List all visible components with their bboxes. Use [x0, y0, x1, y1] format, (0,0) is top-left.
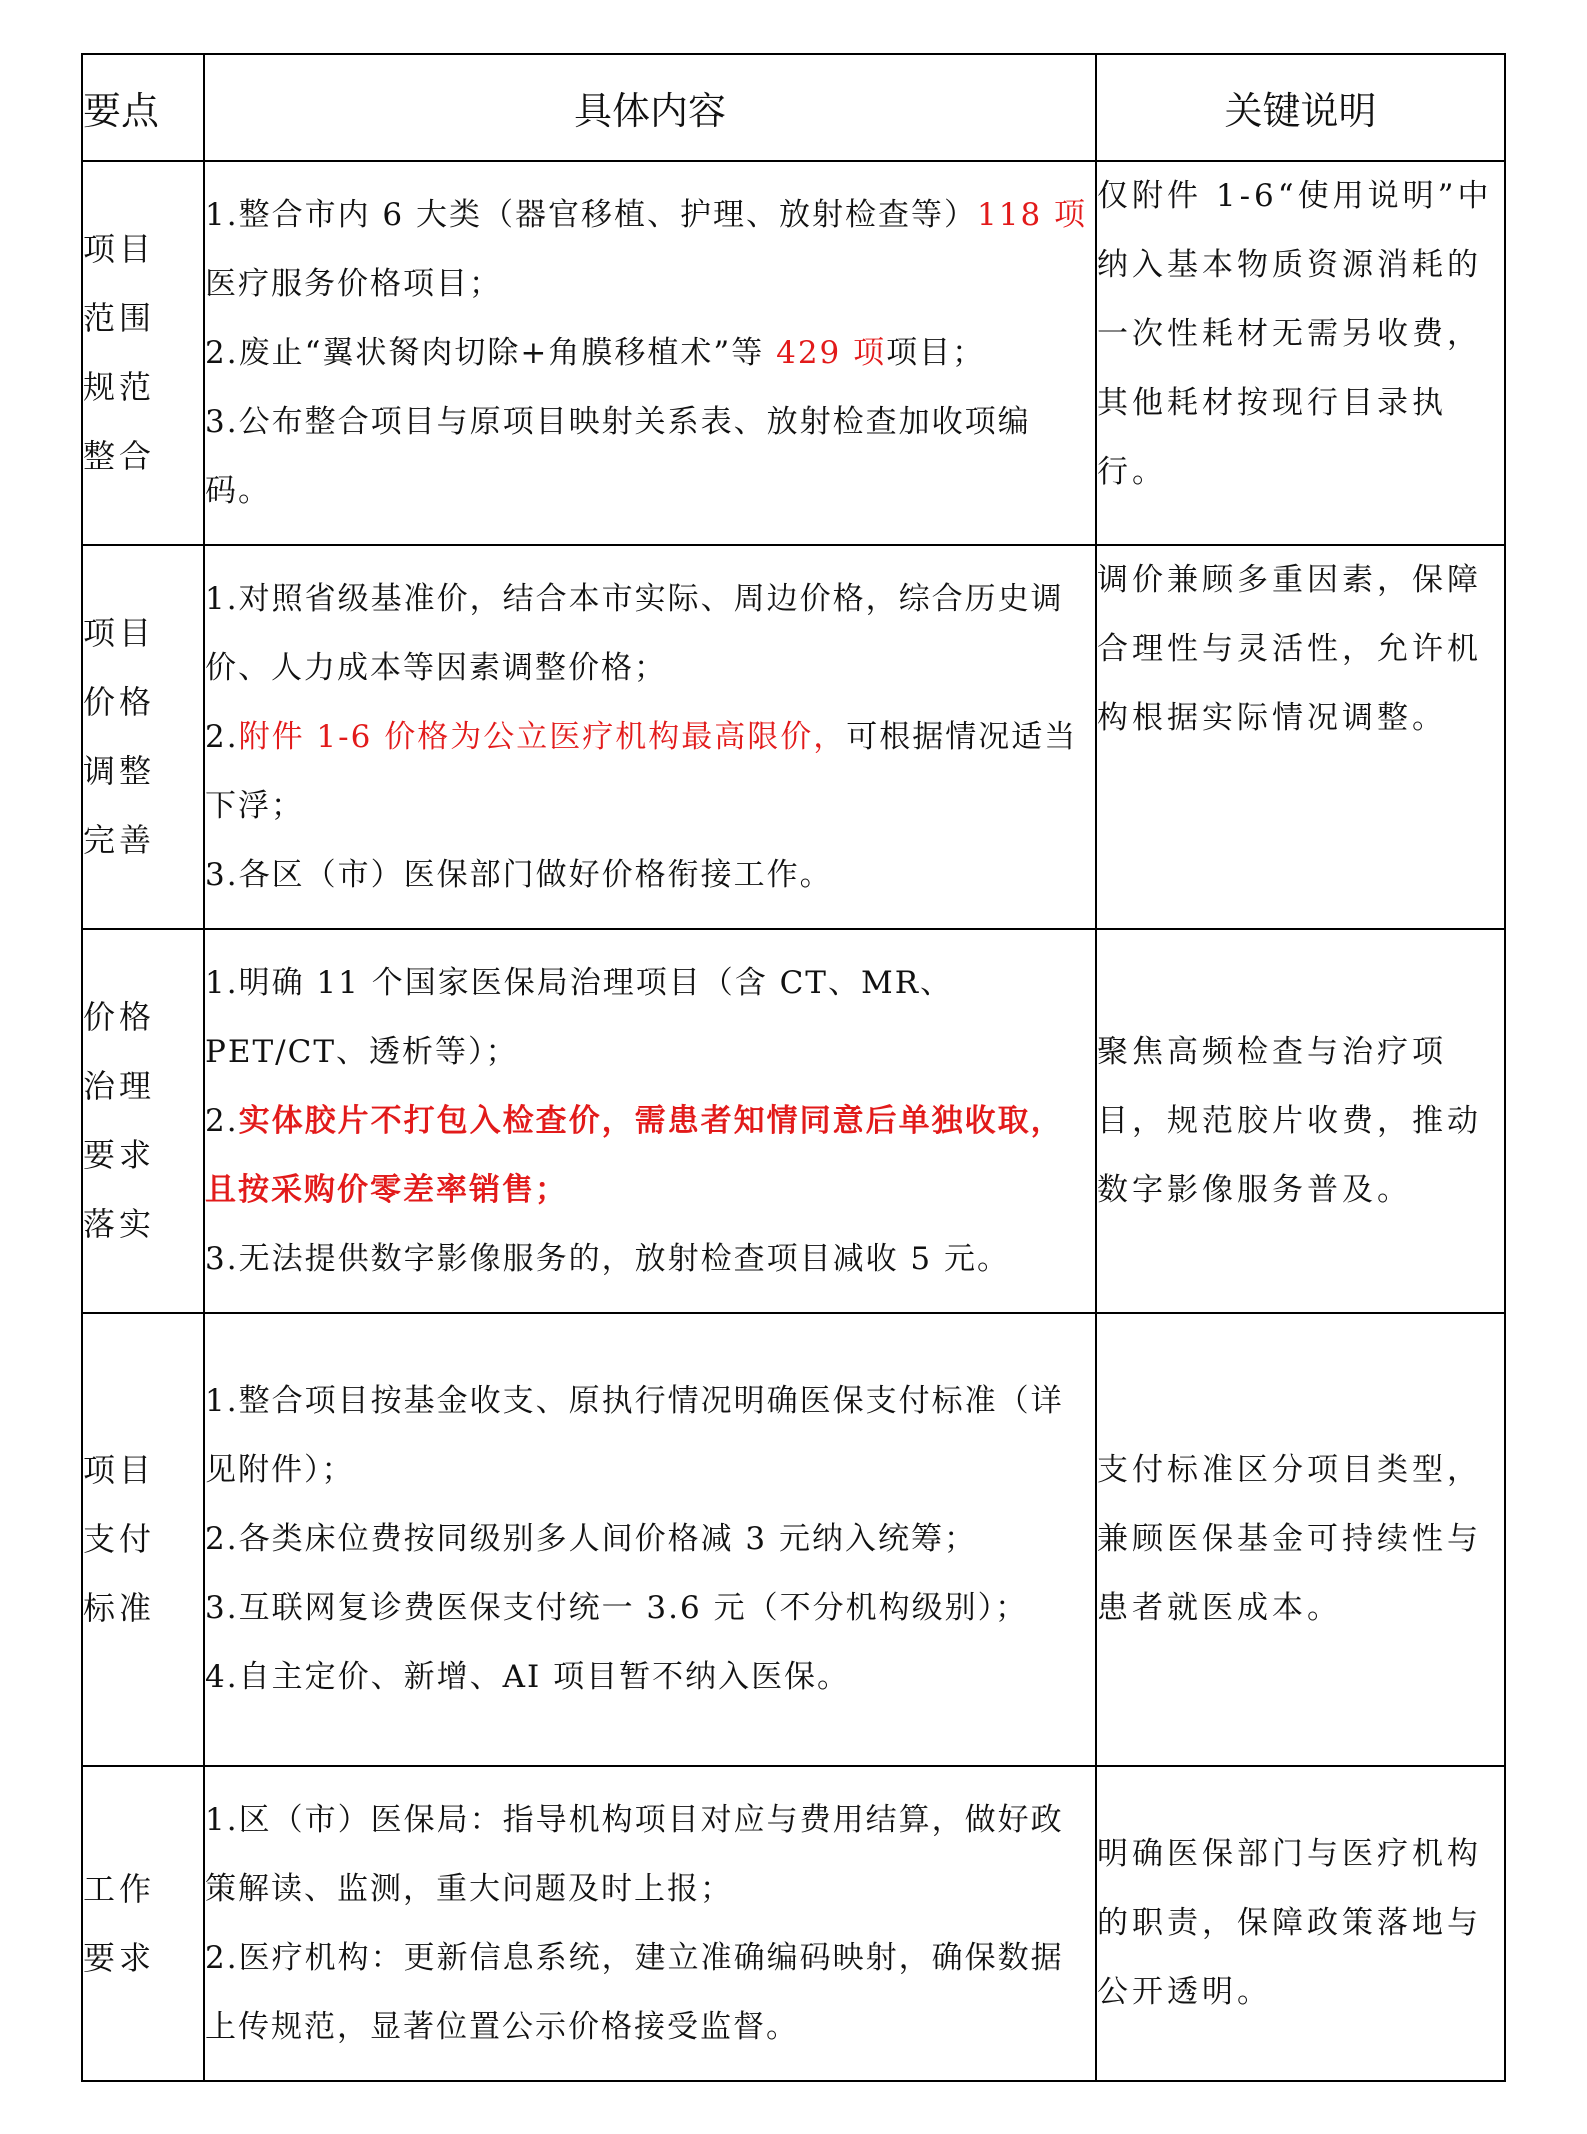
key-text: 项目	[83, 215, 203, 284]
header-notes: 关键说明	[1096, 54, 1505, 161]
key-text: 标准	[83, 1574, 203, 1643]
row-note: 支付标准区分项目类型，兼顾医保基金可持续性与患者就医成本。	[1096, 1313, 1505, 1766]
content-item: 3.各区（市）医保部门做好价格衔接工作。	[205, 841, 1095, 910]
highlight-text: 实体胶片不打包入检查价，需患者知情同意后单独收取，且按采购价零差率销售；	[205, 1103, 1064, 1208]
content-item: 1.明确 11 个国家医保局治理项目（含 CT、MR、PET/CT、透析等）；	[205, 949, 1095, 1087]
key-text: 调整	[83, 737, 203, 806]
key-text: 规范	[83, 353, 203, 422]
row-note: 仅附件 1-6“使用说明”中纳入基本物质资源消耗的一次性耗材无需另收费，其他耗材…	[1096, 161, 1505, 545]
content-item: 4.自主定价、新增、AI 项目暂不纳入医保。	[205, 1643, 1095, 1712]
row-content: 1.整合市内 6 大类（器官移植、护理、放射检查等）118 项医疗服务价格项目；…	[204, 161, 1096, 545]
highlight-text: 附件 1-6 价格为公立医疗机构最高限价，	[239, 719, 847, 755]
content-item: 2.废止“翼状胬肉切除+角膜移植术”等 429 项项目；	[205, 319, 1095, 388]
row-key: 工作 要求	[82, 1766, 204, 2081]
key-text: 完善	[83, 806, 203, 875]
key-text: 项目	[83, 599, 203, 668]
content-item: 1.整合市内 6 大类（器官移植、护理、放射检查等）118 项医疗服务价格项目；	[205, 181, 1095, 319]
row-note: 调价兼顾多重因素，保障合理性与灵活性，允许机构根据实际情况调整。	[1096, 545, 1505, 929]
key-text: 治理	[83, 1052, 203, 1121]
row-note: 聚焦高频检查与治疗项目，规范胶片收费，推动数字影像服务普及。	[1096, 929, 1505, 1313]
key-text: 要求	[83, 1121, 203, 1190]
key-text: 落实	[83, 1190, 203, 1259]
row-content: 1.对照省级基准价，结合本市实际、周边价格，综合历史调价、人力成本等因素调整价格…	[204, 545, 1096, 929]
header-key-points: 要点	[82, 54, 204, 161]
key-text: 项目	[83, 1436, 203, 1505]
key-text: 要求	[83, 1924, 203, 1993]
content-item: 1.整合项目按基金收支、原执行情况明确医保支付标准（详见附件）；	[205, 1367, 1095, 1505]
table-row: 项目 支付 标准 1.整合项目按基金收支、原执行情况明确医保支付标准（详见附件）…	[82, 1313, 1505, 1766]
policy-summary-table: 要点 具体内容 关键说明 项目 范围 规范 整合 1.整合市内 6 大类（器官移…	[81, 53, 1506, 2082]
table-row: 价格 治理 要求 落实 1.明确 11 个国家医保局治理项目（含 CT、MR、P…	[82, 929, 1505, 1313]
row-content: 1.明确 11 个国家医保局治理项目（含 CT、MR、PET/CT、透析等）； …	[204, 929, 1096, 1313]
row-content: 1.区（市）医保局：指导机构项目对应与费用结算，做好政策解读、监测，重大问题及时…	[204, 1766, 1096, 2081]
table-row: 项目 范围 规范 整合 1.整合市内 6 大类（器官移植、护理、放射检查等）11…	[82, 161, 1505, 545]
content-item: 1.区（市）医保局：指导机构项目对应与费用结算，做好政策解读、监测，重大问题及时…	[205, 1786, 1095, 1924]
table-header-row: 要点 具体内容 关键说明	[82, 54, 1505, 161]
content-item: 2.医疗机构：更新信息系统，建立准确编码映射，确保数据上传规范，显著位置公示价格…	[205, 1924, 1095, 2062]
key-text: 工作	[83, 1855, 203, 1924]
content-item: 3.无法提供数字影像服务的，放射检查项目减收 5 元。	[205, 1225, 1095, 1294]
key-text: 支付	[83, 1505, 203, 1574]
key-text: 价格	[83, 983, 203, 1052]
row-note: 明确医保部门与医疗机构的职责，保障政策落地与公开透明。	[1096, 1766, 1505, 2081]
highlight-count: 429 项	[776, 335, 886, 371]
table-row: 项目 价格 调整 完善 1.对照省级基准价，结合本市实际、周边价格，综合历史调价…	[82, 545, 1505, 929]
content-item: 2.附件 1-6 价格为公立医疗机构最高限价，可根据情况适当下浮；	[205, 703, 1095, 841]
content-item: 2.各类床位费按同级别多人间价格减 3 元纳入统筹；	[205, 1505, 1095, 1574]
row-content: 1.整合项目按基金收支、原执行情况明确医保支付标准（详见附件）； 2.各类床位费…	[204, 1313, 1096, 1766]
key-text: 整合	[83, 422, 203, 491]
key-text: 范围	[83, 284, 203, 353]
content-item: 2.实体胶片不打包入检查价，需患者知情同意后单独收取，且按采购价零差率销售；	[205, 1087, 1095, 1225]
content-item: 3.互联网复诊费医保支付统一 3.6 元（不分机构级别）；	[205, 1574, 1095, 1643]
row-key: 项目 范围 规范 整合	[82, 161, 204, 545]
content-item: 3.公布整合项目与原项目映射关系表、放射检查加收项编码。	[205, 388, 1095, 526]
row-key: 项目 支付 标准	[82, 1313, 204, 1766]
row-key: 价格 治理 要求 落实	[82, 929, 204, 1313]
table-row: 工作 要求 1.区（市）医保局：指导机构项目对应与费用结算，做好政策解读、监测，…	[82, 1766, 1505, 2081]
key-text: 价格	[83, 668, 203, 737]
highlight-count: 118 项	[977, 197, 1087, 233]
row-key: 项目 价格 调整 完善	[82, 545, 204, 929]
content-item: 1.对照省级基准价，结合本市实际、周边价格，综合历史调价、人力成本等因素调整价格…	[205, 565, 1095, 703]
header-content: 具体内容	[204, 54, 1096, 161]
